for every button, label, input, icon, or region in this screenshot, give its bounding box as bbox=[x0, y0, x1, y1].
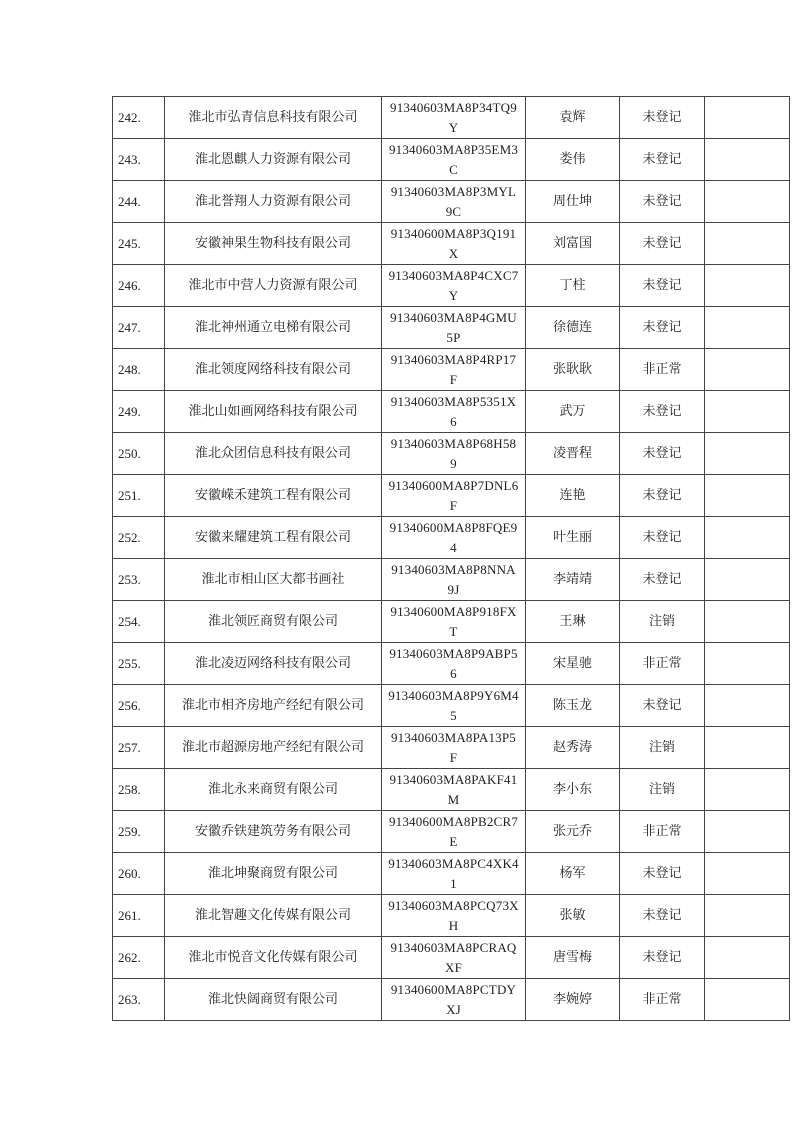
credit-code: 91340603MA8P9Y6M45 bbox=[382, 685, 526, 727]
credit-code: 91340603MA8P4GMU5P bbox=[382, 307, 526, 349]
note bbox=[705, 727, 790, 769]
credit-code: 91340603MA8PA13P5F bbox=[382, 727, 526, 769]
note bbox=[705, 391, 790, 433]
company-name: 淮北神州通立电梯有限公司 bbox=[165, 307, 382, 349]
legal-representative: 张敏 bbox=[526, 895, 620, 937]
legal-representative: 杨军 bbox=[526, 853, 620, 895]
note bbox=[705, 937, 790, 979]
row-number: 251. bbox=[113, 475, 165, 517]
row-number: 254. bbox=[113, 601, 165, 643]
row-number: 246. bbox=[113, 265, 165, 307]
credit-code: 91340603MA8P8NNA9J bbox=[382, 559, 526, 601]
legal-representative: 丁柱 bbox=[526, 265, 620, 307]
table-row: 248. 淮北领度网络科技有限公司 91340603MA8P4RP17F 张耿耿… bbox=[113, 349, 790, 391]
company-name: 淮北恩麒人力资源有限公司 bbox=[165, 139, 382, 181]
row-number: 260. bbox=[113, 853, 165, 895]
note bbox=[705, 601, 790, 643]
credit-code: 91340603MA8P4RP17F bbox=[382, 349, 526, 391]
company-name: 淮北市中营人力资源有限公司 bbox=[165, 265, 382, 307]
row-number: 242. bbox=[113, 97, 165, 139]
legal-representative: 叶生丽 bbox=[526, 517, 620, 559]
table-row: 263. 淮北快阔商贸有限公司 91340600MA8PCTDYXJ 李婉婷 非… bbox=[113, 979, 790, 1021]
row-number: 250. bbox=[113, 433, 165, 475]
status: 未登记 bbox=[620, 433, 705, 475]
table-row: 253. 淮北市相山区大都书画社 91340603MA8P8NNA9J 李靖靖 … bbox=[113, 559, 790, 601]
table-row: 259. 安徽乔铁建筑劳务有限公司 91340600MA8PB2CR7E 张元乔… bbox=[113, 811, 790, 853]
credit-code: 91340600MA8P3Q191X bbox=[382, 223, 526, 265]
table-row: 254. 淮北领匠商贸有限公司 91340600MA8P918FXT 王琳 注销 bbox=[113, 601, 790, 643]
registration-table: 242. 淮北市弘青信息科技有限公司 91340603MA8P34TQ9Y 袁辉… bbox=[112, 96, 790, 1021]
note bbox=[705, 181, 790, 223]
note bbox=[705, 265, 790, 307]
status: 未登记 bbox=[620, 475, 705, 517]
row-number: 247. bbox=[113, 307, 165, 349]
credit-code: 91340600MA8PB2CR7E bbox=[382, 811, 526, 853]
credit-code: 91340603MA8P68H589 bbox=[382, 433, 526, 475]
table-row: 258. 淮北永来商贸有限公司 91340603MA8PAKF41M 李小东 注… bbox=[113, 769, 790, 811]
note bbox=[705, 811, 790, 853]
legal-representative: 刘富国 bbox=[526, 223, 620, 265]
note bbox=[705, 685, 790, 727]
table-row: 260. 淮北坤聚商贸有限公司 91340603MA8PC4XK41 杨军 未登… bbox=[113, 853, 790, 895]
credit-code: 91340603MA8P3MYL9C bbox=[382, 181, 526, 223]
status: 未登记 bbox=[620, 391, 705, 433]
credit-code: 91340600MA8P7DNL6F bbox=[382, 475, 526, 517]
note bbox=[705, 223, 790, 265]
note bbox=[705, 475, 790, 517]
legal-representative: 李小东 bbox=[526, 769, 620, 811]
table-row: 256. 淮北市相齐房地产经纪有限公司 91340603MA8P9Y6M45 陈… bbox=[113, 685, 790, 727]
note bbox=[705, 853, 790, 895]
note bbox=[705, 433, 790, 475]
company-name: 淮北市弘青信息科技有限公司 bbox=[165, 97, 382, 139]
note bbox=[705, 979, 790, 1021]
table-row: 247. 淮北神州通立电梯有限公司 91340603MA8P4GMU5P 徐德连… bbox=[113, 307, 790, 349]
row-number: 249. bbox=[113, 391, 165, 433]
status: 未登记 bbox=[620, 853, 705, 895]
status: 未登记 bbox=[620, 139, 705, 181]
legal-representative: 赵秀涛 bbox=[526, 727, 620, 769]
table-row: 244. 淮北誉翔人力资源有限公司 91340603MA8P3MYL9C 周仕坤… bbox=[113, 181, 790, 223]
legal-representative: 张耿耿 bbox=[526, 349, 620, 391]
legal-representative: 唐雪梅 bbox=[526, 937, 620, 979]
status: 未登记 bbox=[620, 559, 705, 601]
company-name: 淮北凌迈网络科技有限公司 bbox=[165, 643, 382, 685]
table-row: 262. 淮北市悦音文化传媒有限公司 91340603MA8PCRAQXF 唐雪… bbox=[113, 937, 790, 979]
credit-code: 91340603MA8P5351X6 bbox=[382, 391, 526, 433]
status: 未登记 bbox=[620, 937, 705, 979]
row-number: 256. bbox=[113, 685, 165, 727]
row-number: 263. bbox=[113, 979, 165, 1021]
note bbox=[705, 97, 790, 139]
row-number: 262. bbox=[113, 937, 165, 979]
status: 注销 bbox=[620, 769, 705, 811]
table-row: 250. 淮北众团信息科技有限公司 91340603MA8P68H589 凌晋程… bbox=[113, 433, 790, 475]
status: 未登记 bbox=[620, 307, 705, 349]
legal-representative: 宋星驰 bbox=[526, 643, 620, 685]
legal-representative: 娄伟 bbox=[526, 139, 620, 181]
table-row: 246. 淮北市中营人力资源有限公司 91340603MA8P4CXC7Y 丁柱… bbox=[113, 265, 790, 307]
row-number: 244. bbox=[113, 181, 165, 223]
note bbox=[705, 895, 790, 937]
legal-representative: 王琳 bbox=[526, 601, 620, 643]
company-name: 淮北坤聚商贸有限公司 bbox=[165, 853, 382, 895]
legal-representative: 李靖靖 bbox=[526, 559, 620, 601]
table-body: 242. 淮北市弘青信息科技有限公司 91340603MA8P34TQ9Y 袁辉… bbox=[113, 97, 790, 1021]
status: 非正常 bbox=[620, 979, 705, 1021]
note bbox=[705, 769, 790, 811]
row-number: 245. bbox=[113, 223, 165, 265]
status: 非正常 bbox=[620, 643, 705, 685]
table-row: 255. 淮北凌迈网络科技有限公司 91340603MA8P9ABP56 宋星驰… bbox=[113, 643, 790, 685]
table-row: 251. 安徽嵘禾建筑工程有限公司 91340600MA8P7DNL6F 连艳 … bbox=[113, 475, 790, 517]
credit-code: 91340603MA8P35EM3C bbox=[382, 139, 526, 181]
note bbox=[705, 643, 790, 685]
status: 未登记 bbox=[620, 685, 705, 727]
legal-representative: 凌晋程 bbox=[526, 433, 620, 475]
note bbox=[705, 349, 790, 391]
company-name: 淮北誉翔人力资源有限公司 bbox=[165, 181, 382, 223]
legal-representative: 徐德连 bbox=[526, 307, 620, 349]
company-name: 淮北快阔商贸有限公司 bbox=[165, 979, 382, 1021]
credit-code: 91340600MA8PCTDYXJ bbox=[382, 979, 526, 1021]
company-name: 安徽来耀建筑工程有限公司 bbox=[165, 517, 382, 559]
company-name: 淮北市超源房地产经纪有限公司 bbox=[165, 727, 382, 769]
company-name: 安徽乔铁建筑劳务有限公司 bbox=[165, 811, 382, 853]
table-row: 243. 淮北恩麒人力资源有限公司 91340603MA8P35EM3C 娄伟 … bbox=[113, 139, 790, 181]
legal-representative: 武万 bbox=[526, 391, 620, 433]
row-number: 257. bbox=[113, 727, 165, 769]
row-number: 258. bbox=[113, 769, 165, 811]
credit-code: 91340600MA8P8FQE94 bbox=[382, 517, 526, 559]
company-name: 淮北领匠商贸有限公司 bbox=[165, 601, 382, 643]
table-row: 245. 安徽神果生物科技有限公司 91340600MA8P3Q191X 刘富国… bbox=[113, 223, 790, 265]
status: 注销 bbox=[620, 601, 705, 643]
company-name: 安徽嵘禾建筑工程有限公司 bbox=[165, 475, 382, 517]
status: 未登记 bbox=[620, 265, 705, 307]
status: 注销 bbox=[620, 727, 705, 769]
credit-code: 91340603MA8P9ABP56 bbox=[382, 643, 526, 685]
status: 未登记 bbox=[620, 181, 705, 223]
legal-representative: 李婉婷 bbox=[526, 979, 620, 1021]
credit-code: 91340600MA8P918FXT bbox=[382, 601, 526, 643]
row-number: 255. bbox=[113, 643, 165, 685]
credit-code: 91340603MA8PC4XK41 bbox=[382, 853, 526, 895]
credit-code: 91340603MA8P4CXC7Y bbox=[382, 265, 526, 307]
credit-code: 91340603MA8PCRAQXF bbox=[382, 937, 526, 979]
legal-representative: 周仕坤 bbox=[526, 181, 620, 223]
status: 非正常 bbox=[620, 811, 705, 853]
company-name: 淮北领度网络科技有限公司 bbox=[165, 349, 382, 391]
company-name: 淮北智趣文化传媒有限公司 bbox=[165, 895, 382, 937]
legal-representative: 张元乔 bbox=[526, 811, 620, 853]
note bbox=[705, 559, 790, 601]
row-number: 253. bbox=[113, 559, 165, 601]
company-name: 安徽神果生物科技有限公司 bbox=[165, 223, 382, 265]
note bbox=[705, 139, 790, 181]
status: 未登记 bbox=[620, 895, 705, 937]
company-name: 淮北众团信息科技有限公司 bbox=[165, 433, 382, 475]
company-name: 淮北市悦音文化传媒有限公司 bbox=[165, 937, 382, 979]
credit-code: 91340603MA8P34TQ9Y bbox=[382, 97, 526, 139]
table-row: 261. 淮北智趣文化传媒有限公司 91340603MA8PCQ73XH 张敏 … bbox=[113, 895, 790, 937]
row-number: 261. bbox=[113, 895, 165, 937]
table-row: 257. 淮北市超源房地产经纪有限公司 91340603MA8PA13P5F 赵… bbox=[113, 727, 790, 769]
table-row: 249. 淮北山如画网络科技有限公司 91340603MA8P5351X6 武万… bbox=[113, 391, 790, 433]
status: 非正常 bbox=[620, 349, 705, 391]
legal-representative: 连艳 bbox=[526, 475, 620, 517]
company-name: 淮北市相山区大都书画社 bbox=[165, 559, 382, 601]
legal-representative: 袁辉 bbox=[526, 97, 620, 139]
table-row: 252. 安徽来耀建筑工程有限公司 91340600MA8P8FQE94 叶生丽… bbox=[113, 517, 790, 559]
company-name: 淮北永来商贸有限公司 bbox=[165, 769, 382, 811]
legal-representative: 陈玉龙 bbox=[526, 685, 620, 727]
note bbox=[705, 517, 790, 559]
status: 未登记 bbox=[620, 97, 705, 139]
credit-code: 91340603MA8PCQ73XH bbox=[382, 895, 526, 937]
company-name: 淮北山如画网络科技有限公司 bbox=[165, 391, 382, 433]
row-number: 243. bbox=[113, 139, 165, 181]
note bbox=[705, 307, 790, 349]
status: 未登记 bbox=[620, 517, 705, 559]
status: 未登记 bbox=[620, 223, 705, 265]
row-number: 248. bbox=[113, 349, 165, 391]
row-number: 252. bbox=[113, 517, 165, 559]
row-number: 259. bbox=[113, 811, 165, 853]
company-name: 淮北市相齐房地产经纪有限公司 bbox=[165, 685, 382, 727]
credit-code: 91340603MA8PAKF41M bbox=[382, 769, 526, 811]
table-row: 242. 淮北市弘青信息科技有限公司 91340603MA8P34TQ9Y 袁辉… bbox=[113, 97, 790, 139]
